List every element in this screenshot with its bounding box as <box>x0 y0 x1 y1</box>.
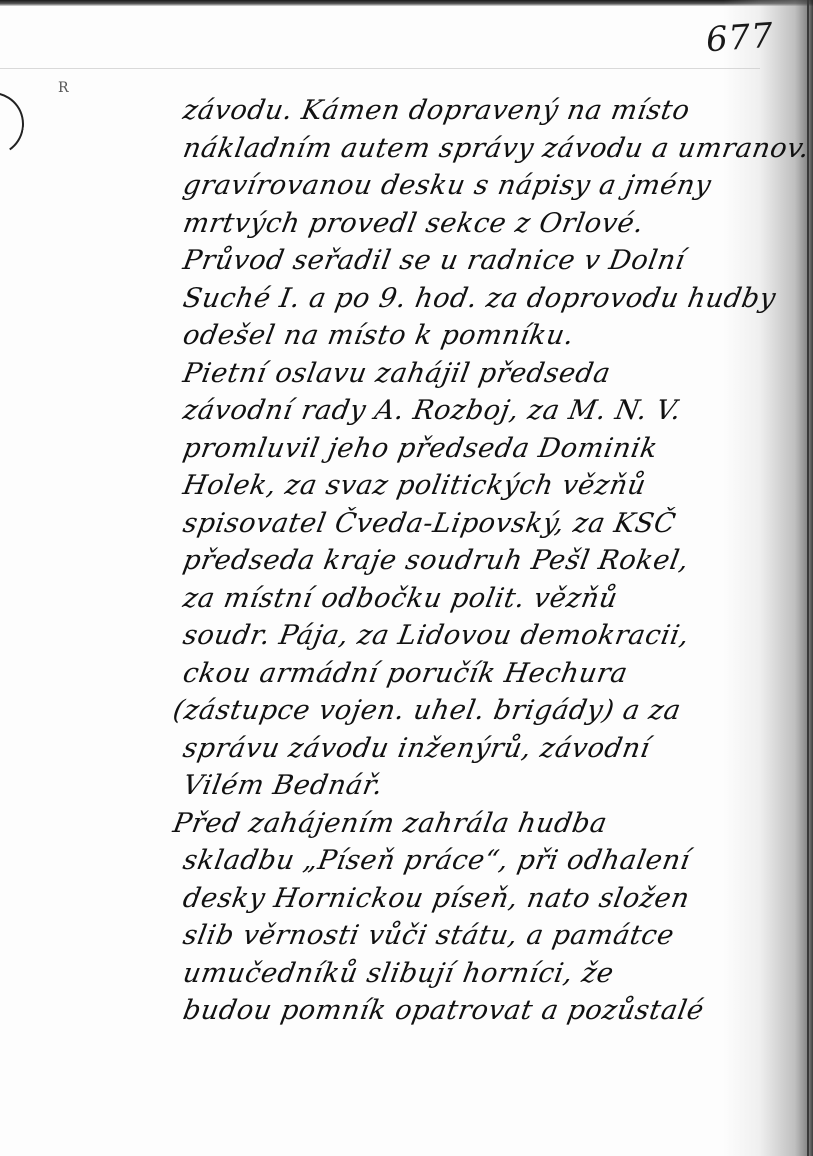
text-line: slib věrnosti vůči státu, a památce <box>180 917 787 955</box>
text-line: nákladním autem správy závodu a umranov. <box>180 130 787 168</box>
faint-ruled-line <box>0 68 760 69</box>
text-line: Vilém Bednář. <box>180 767 787 805</box>
text-line: umučedníků slibují horníci, že <box>180 955 787 993</box>
text-line: předseda kraje soudruh Pešl Rokel, <box>180 542 787 580</box>
text-line: gravírovanou desku s nápisy a jmény <box>180 167 787 205</box>
text-line: mrtvých provedl sekce z Orlové. <box>180 205 787 243</box>
text-line: správu závodu inženýrů, závodní <box>180 730 787 768</box>
text-line: Pietní oslavu zahájil předseda <box>180 355 787 393</box>
text-line: odešel na místo k pomníku. <box>180 317 787 355</box>
text-line: závodní rady A. Rozboj, za M. N. V. <box>180 392 787 430</box>
text-line: desky Hornickou píseň, nato složen <box>180 880 787 918</box>
page-number: 677 <box>705 16 776 61</box>
text-line: ckou armádní poručík Hechura <box>180 655 787 693</box>
margin-arc-mark <box>0 87 29 161</box>
text-line: budou pomník opatrovat a pozůstalé <box>180 992 787 1030</box>
scanned-document-page: 677 R závodu. Kámen dopravený na místo n… <box>0 0 813 1156</box>
handwritten-text-block: závodu. Kámen dopravený na místo nákladn… <box>180 92 780 1030</box>
text-line: Suché I. a po 9. hod. za doprovodu hudby <box>180 280 787 318</box>
text-line: (zástupce vojen. uhel. brigády) a za <box>170 692 787 730</box>
text-line: spisovatel Čveda-Lipovský, za KSČ <box>180 505 787 543</box>
text-line: Holek, za svaz politických vězňů <box>180 467 787 505</box>
text-line: skladbu „Píseň práce“, při odhalení <box>180 842 787 880</box>
margin-mark: R <box>58 80 69 96</box>
scan-top-border <box>0 0 813 6</box>
text-line: Průvod seřadil se u radnice v Dolní <box>180 242 787 280</box>
scan-right-edge <box>807 0 809 1156</box>
text-line: za místní odbočku polit. vězňů <box>180 580 787 618</box>
text-line: závodu. Kámen dopravený na místo <box>180 92 787 130</box>
text-line: promluvil jeho předseda Dominik <box>180 430 787 468</box>
text-line: Před zahájením zahrála hudba <box>170 805 787 843</box>
text-line: soudr. Pája, za Lidovou demokracii, <box>180 617 787 655</box>
